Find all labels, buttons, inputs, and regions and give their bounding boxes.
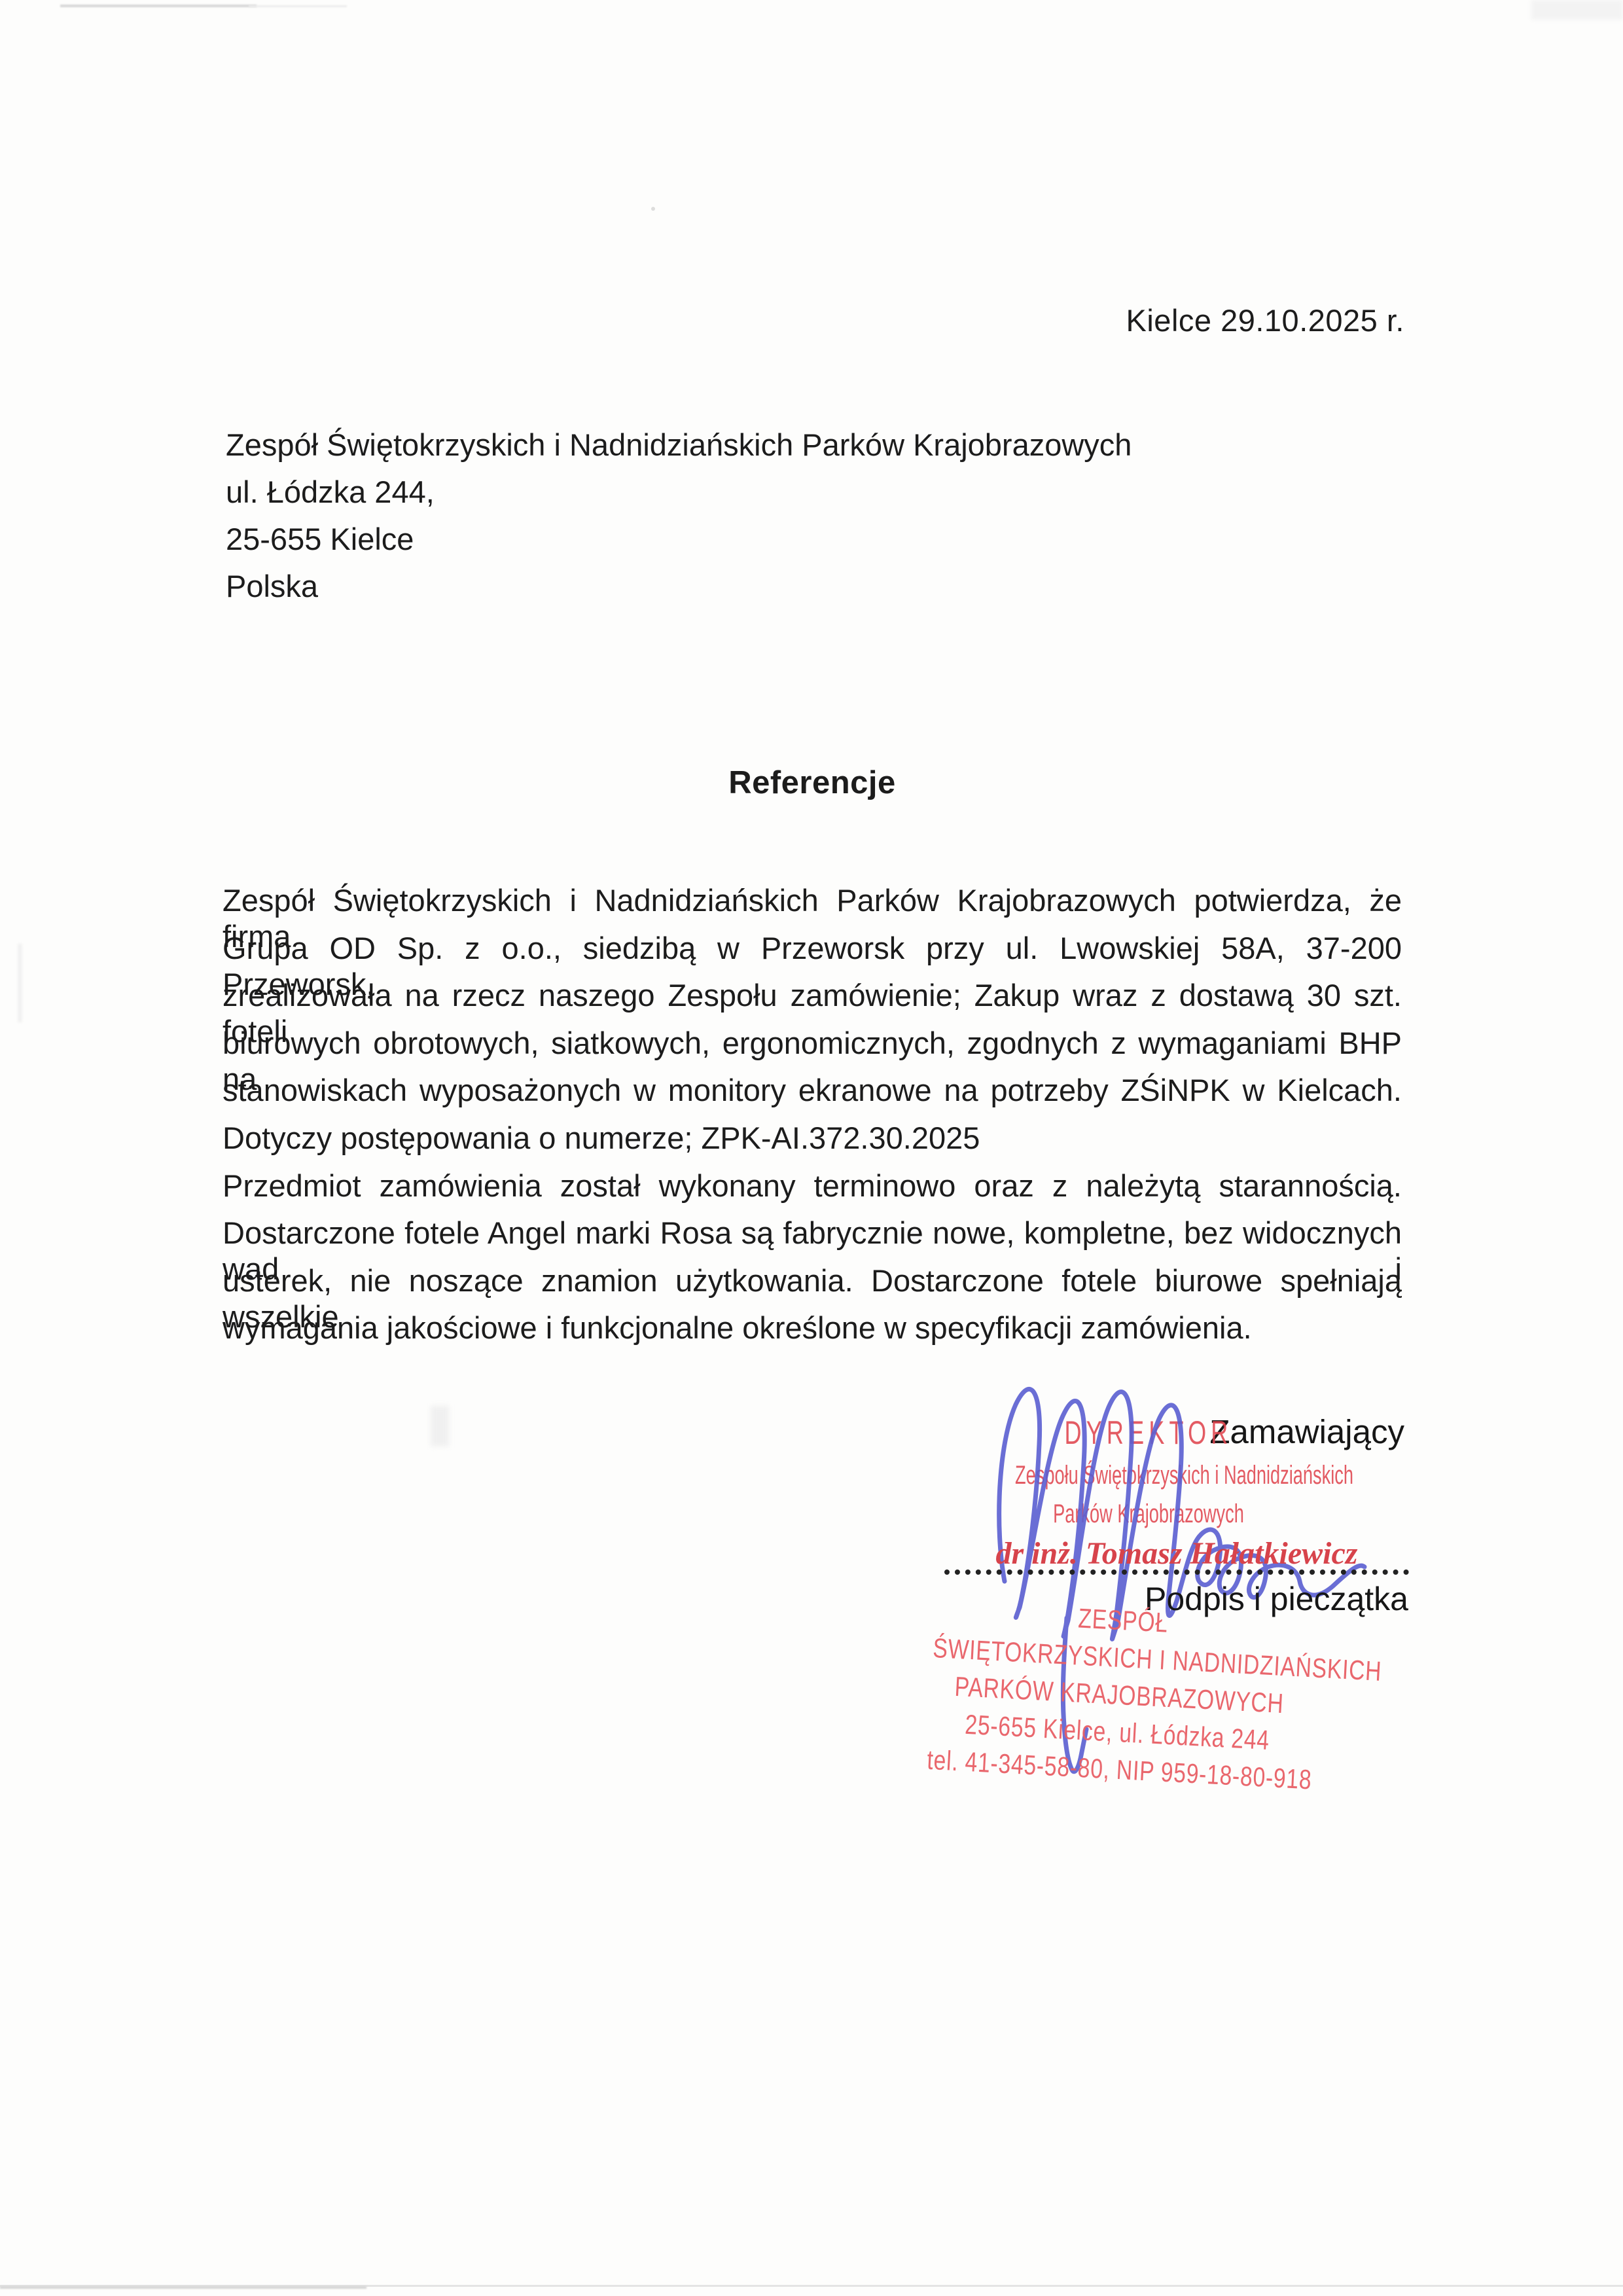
body-line: Grupa OD Sp. z o.o., siedzibą w Przewors… — [223, 930, 1402, 978]
scan-artifact-top-line — [60, 5, 257, 7]
date-line: Kielce 29.10.2025 r. — [851, 302, 1404, 338]
scan-artifact-smudge — [431, 1406, 449, 1446]
recipient-line: 25-655 Kielce — [226, 521, 1207, 568]
recipient-line: Zespół Świętokrzyskich i Nadnidziańskich… — [226, 427, 1207, 474]
body-line: Zespół Świętokrzyskich i Nadnidziańskich… — [223, 882, 1402, 930]
body-line: Dotyczy postępowania o numerze; ZPK-AI.3… — [223, 1120, 1402, 1168]
body-line: wymagania jakościowe i funkcjonalne okre… — [223, 1310, 1402, 1357]
letter-body: Zespół Świętokrzyskich i Nadnidziańskich… — [223, 882, 1402, 1357]
letter-page: Kielce 29.10.2025 r. Zespół Świętokrzysk… — [0, 0, 1623, 2296]
body-line: zrealizowała na rzecz naszego Zespołu za… — [223, 977, 1402, 1025]
organization-stamp: ZESPÓŁ ŚWIĘTOKRZYSKICH I NADNIDZIAŃSKICH… — [879, 1592, 1359, 1803]
body-line: Dostarczone fotele Angel marki Rosa są f… — [223, 1215, 1402, 1263]
scan-artifact-top-right — [1531, 0, 1623, 20]
scan-artifact-left-streak — [18, 944, 22, 1022]
scan-artifact-speck — [651, 207, 655, 211]
body-line: Przedmiot zamówienia został wykonany ter… — [223, 1168, 1402, 1215]
scan-artifact-bottom-line — [0, 2285, 1623, 2287]
recipient-line: ul. Łódzka 244, — [226, 474, 1207, 521]
scan-artifact-bottom-line-2 — [0, 2286, 366, 2289]
letter-title: Referencje — [223, 764, 1402, 801]
body-line: biurowych obrotowych, siatkowych, ergono… — [223, 1025, 1402, 1073]
recipient-address: Zespół Świętokrzyskich i Nadnidziańskich… — [226, 427, 1207, 615]
body-line: usterek, nie noszące znamion użytkowania… — [223, 1263, 1402, 1310]
recipient-line: Polska — [226, 568, 1207, 615]
body-line: stanowiskach wyposażonych w monitory ekr… — [223, 1072, 1402, 1120]
signed-name: dr inż. Tomasz Hałatkiewicz — [931, 1535, 1422, 1571]
scan-artifact-top-line-2 — [249, 5, 347, 7]
